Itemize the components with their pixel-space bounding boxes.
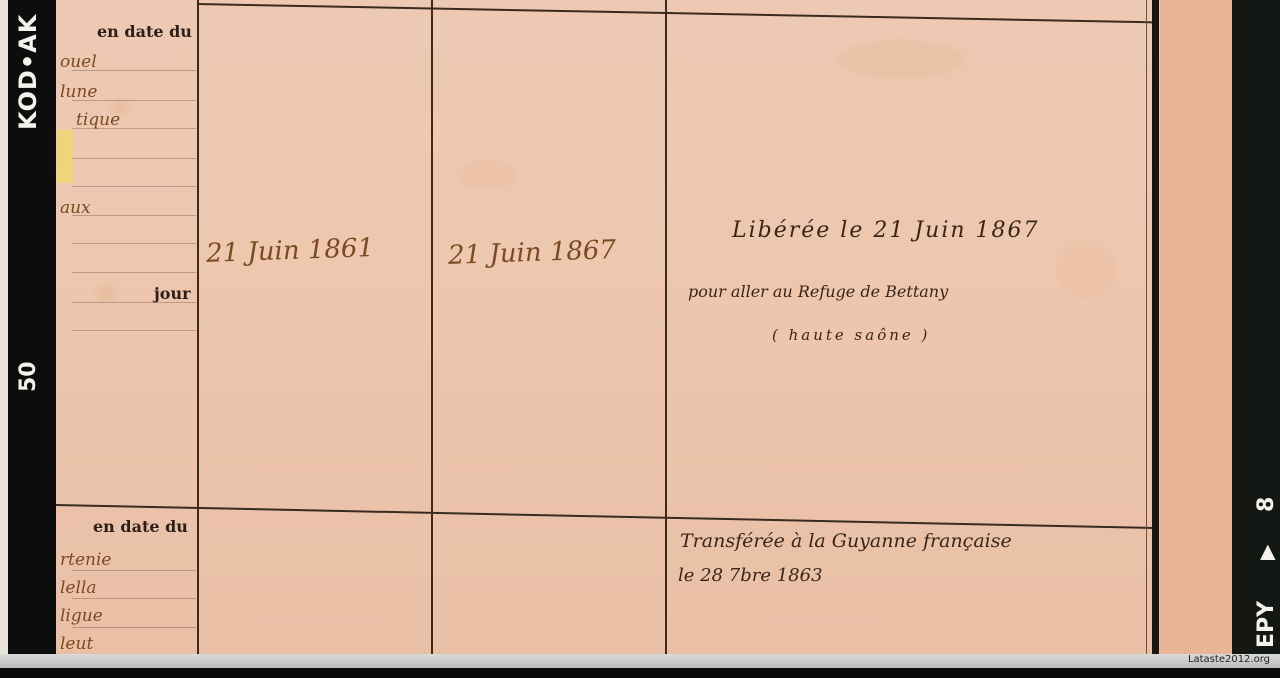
handwritten-fragment: lune (60, 82, 97, 102)
handwritten-fragment: ouel (60, 52, 97, 72)
film-bottom-edge (0, 668, 1280, 678)
paper-stain (456, 160, 516, 190)
film-edge (0, 0, 8, 678)
ruled-line (72, 243, 196, 244)
handwritten-fragment: ligue (60, 606, 103, 626)
exit-date: 21 Juin 1867 (448, 235, 617, 271)
remark-transferee: Transférée à la Guyanne française (680, 530, 1012, 552)
page-margin (1160, 0, 1232, 654)
watermark-bar: Lataste2012.org (0, 654, 1280, 668)
paper-stain (1056, 240, 1116, 300)
handwritten-fragment: tique (76, 110, 120, 130)
remark-transfer-date: le 28 7bre 1863 (678, 565, 823, 586)
kodak-brand-text: KOD•AK (14, 14, 42, 130)
paper-stain (96, 285, 116, 301)
border-thick-line (1152, 0, 1159, 654)
handwritten-fragment: leut (60, 634, 93, 654)
remark-refuge: pour aller au Refuge de Bettany (688, 282, 948, 301)
bleed-through (836, 40, 966, 80)
yellow-tab (57, 130, 73, 183)
ruled-line (72, 598, 196, 599)
edge-code-text: EPY (1254, 601, 1279, 648)
remark-liberee: Libérée le 21 Juin 1867 (732, 218, 1040, 243)
label-en-date-du-top: en date du (97, 22, 192, 41)
arrow-right-icon: ▶ (1254, 545, 1278, 560)
border-thin-line (1146, 0, 1147, 654)
frame-number-text: 50 (16, 361, 41, 392)
column-divider (431, 0, 433, 654)
ruled-line (72, 627, 196, 628)
ruled-line (72, 330, 196, 331)
handwritten-fragment: rtenie (60, 550, 111, 570)
register-page (56, 0, 1232, 654)
handwritten-fragment: lella (60, 578, 97, 598)
film-strip-right (1232, 0, 1280, 678)
column-divider (665, 0, 667, 654)
entry-date: 21 Juin 1861 (206, 233, 375, 269)
frame-label-text: 8 (1254, 497, 1279, 512)
label-jour: jour (154, 284, 191, 303)
watermark-text[interactable]: Lataste2012.org (1188, 654, 1270, 665)
remark-haute-saone: ( haute saône ) (772, 326, 930, 344)
ruled-line (72, 272, 196, 273)
column-divider (197, 0, 199, 654)
handwritten-fragment: aux (60, 198, 91, 218)
ruled-line (72, 158, 196, 159)
ruled-line (72, 570, 196, 571)
label-en-date-du-bottom: en date du (93, 517, 188, 536)
ruled-line (72, 186, 196, 187)
